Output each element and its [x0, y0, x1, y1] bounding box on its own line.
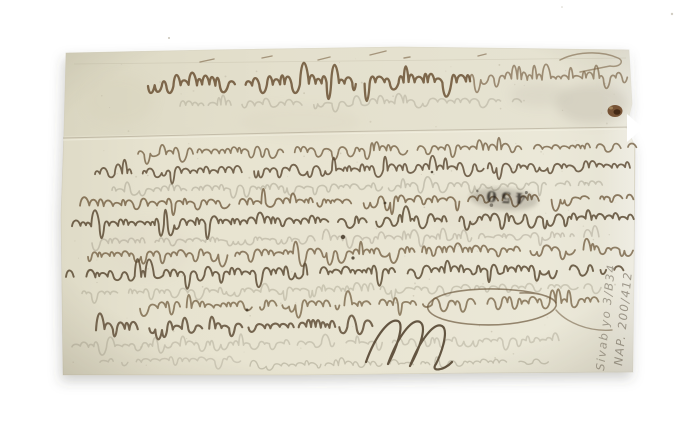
letter-paper: 450 Sivab yo 3/B34 NAP. 200/412: [61, 47, 643, 375]
photo-scene: 450 Sivab yo 3/B34 NAP. 200/412: [0, 0, 700, 421]
manuscript-letter-photo: 450 Sivab yo 3/B34 NAP. 200/412: [0, 0, 700, 421]
background-dust: [168, 6, 673, 39]
paper-vignette: [61, 47, 635, 375]
